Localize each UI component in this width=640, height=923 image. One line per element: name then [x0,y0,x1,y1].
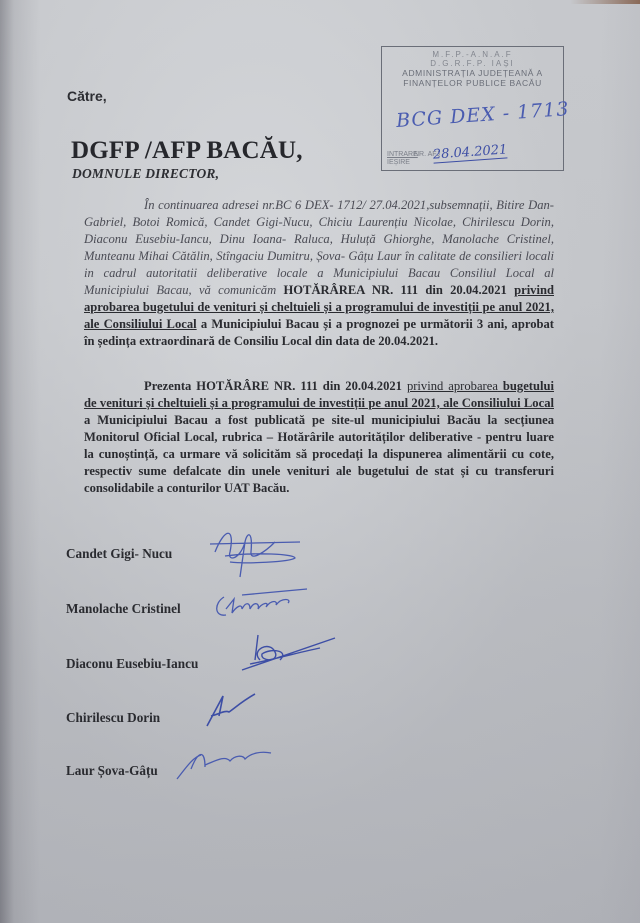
signature-5-icon [175,745,275,785]
to-label: Către, [67,88,107,104]
signature-3-icon [240,630,340,680]
signature-4-icon [205,688,265,733]
paragraph-2-subject-a: privind aprobarea [407,379,498,393]
signatory-1: Candet Gigi- Nucu [66,546,172,562]
decision-reference: HOTĂRÂREA NR. 111 din 20.04.2021 [283,283,514,297]
paragraph-2: Prezenta HOTĂRÂRE NR. 111 din 20.04.2021… [84,378,554,497]
paragraph-1: În continuarea adresei nr.BC 6 DEX- 1712… [84,197,554,350]
signature-1-icon [205,522,305,582]
signatory-5: Laur Șova-Gâțu [66,763,158,779]
signatory-3: Diaconu Eusebiu-Iancu [66,656,198,672]
stamp-line-4: FINANȚELOR PUBLICE BACĂU [382,78,563,88]
salutation: DOMNULE DIRECTOR, [72,166,219,182]
stamp-line-2: D.G.R.F.P. IAȘI [382,59,563,68]
paragraph-2-lead: Prezenta HOTĂRÂRE NR. 111 din 20.04.2021 [144,379,407,393]
signatory-2: Manolache Cristinel [66,601,181,617]
page-corner-shadow [570,0,640,4]
recipient-heading: DGFP /AFP BACĂU, [71,137,303,165]
stamp-entry-row: INTRARE IEȘIRE NR. AFJ 28.04.2021 [387,151,557,169]
scanned-letter-page: M.F.P.-A.N.A.F D.G.R.F.P. IAȘI ADMINISTR… [0,0,640,923]
stamp-line-1: M.F.P.-A.N.A.F [382,50,563,59]
stamp-line-3: ADMINISTRAȚIA JUDEȚEANĂ A [382,68,563,78]
signatory-4: Chirilescu Dorin [66,710,160,726]
paragraph-2-rest: a Municipiului Bacau a fost publicată pe… [84,413,554,495]
stamp-handwritten-number: BCG DEX - 1713 [395,98,570,132]
stamp-exit-label: IEȘIRE [387,159,410,166]
signature-2-icon [212,585,312,635]
